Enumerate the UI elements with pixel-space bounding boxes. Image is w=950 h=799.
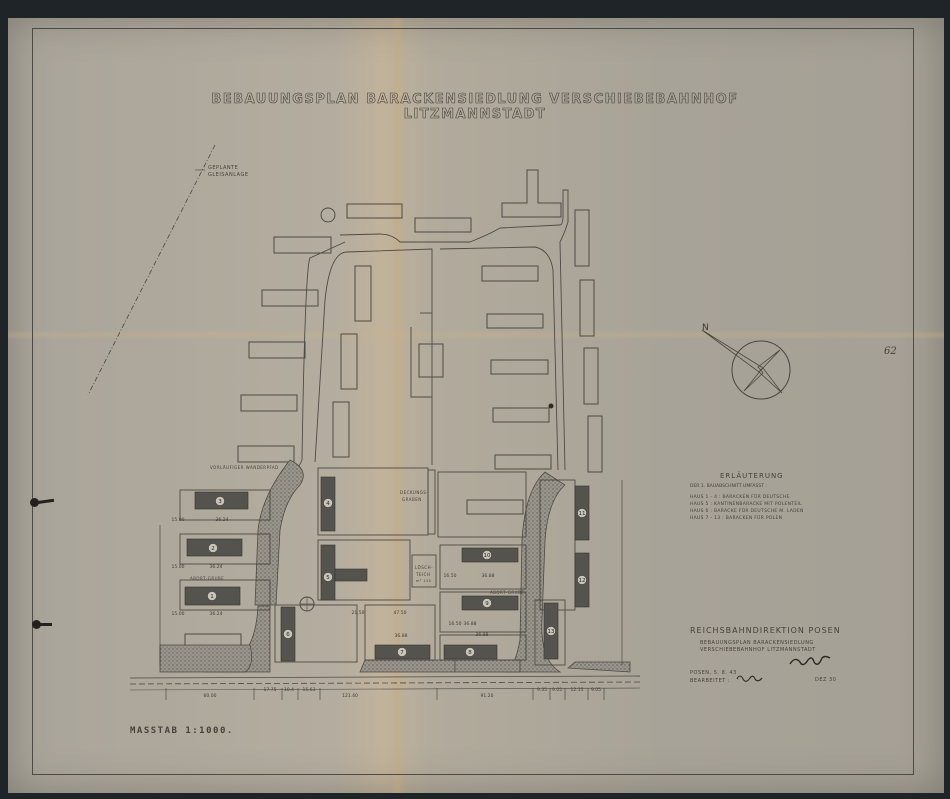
svg-text:10: 10 (484, 553, 491, 559)
title-block-line1: BEBAUUNGSPLAN BARACKENSIEDLUNG (700, 640, 814, 646)
svg-text:60.00: 60.00 (204, 693, 217, 699)
svg-text:9.05: 9.05 (552, 687, 562, 693)
legend-row-key: HAUS 7 - 13 : (690, 516, 724, 521)
svg-text:4: 4 (326, 501, 330, 507)
svg-text:17.75: 17.75 (264, 687, 277, 693)
site-plan-drawing: 3 2 1 4 5 6 7 8 9 10 11 12 13 60.00 17.7… (0, 0, 950, 799)
svg-text:11: 11 (579, 511, 586, 517)
scale-label: MASSTAB 1:1000. (130, 726, 234, 736)
planned-track-line (88, 145, 215, 395)
title-block-drawing-no: DEZ 30 (815, 677, 836, 683)
svg-text:9.35: 9.35 (537, 687, 547, 693)
svg-text:1: 1 (210, 594, 214, 600)
svg-text:7: 7 (400, 650, 404, 656)
legend-title: ERLÄUTERUNG (720, 472, 784, 480)
north-label: N (702, 323, 709, 333)
svg-text:36.24: 36.24 (210, 564, 223, 570)
svg-text:2: 2 (211, 546, 215, 552)
toilet-pit-label-left: ABORT-GRUBE (190, 576, 224, 581)
svg-text:15.00: 15.00 (172, 611, 185, 617)
temporary-path-label: VORLÄUFIGER WANDERPFAD (210, 465, 279, 470)
signature-approval (790, 657, 830, 665)
title-block-office: REICHSBAHNDIREKTION POSEN (690, 626, 841, 635)
svg-text:10.4: 10.4 (284, 687, 294, 693)
title-block-place-date: POSEN, 5. 8. 43 (690, 670, 737, 676)
svg-text:15.00: 15.00 (172, 517, 185, 523)
svg-text:91.20: 91.20 (481, 693, 494, 699)
svg-text:36.88: 36.88 (476, 632, 489, 638)
legend-row-1: HAUS 1 - 4 : BARACKEN FÜR DEUTSCHE (690, 495, 790, 500)
signature-editor (737, 676, 762, 681)
svg-text:15.63: 15.63 (303, 687, 316, 693)
fire-pond-label-1: LÖSCH- (415, 565, 433, 570)
title-block-edited-by: BEARBEITET : (690, 678, 730, 684)
svg-text:9.05: 9.05 (591, 687, 601, 693)
svg-text:36.88: 36.88 (395, 633, 408, 639)
fire-pond-label-2: TEICH (416, 572, 430, 577)
svg-text:12: 12 (579, 578, 586, 584)
svg-text:15.00: 15.00 (172, 564, 185, 570)
cover-trench-label-2: GRABEN (402, 497, 422, 502)
svg-text:121.40: 121.40 (342, 693, 358, 699)
legend-row-value: BARACKEN FÜR POLEN (726, 516, 783, 521)
svg-text:5: 5 (326, 575, 330, 581)
water-tower-symbol (321, 208, 335, 222)
compass-rose (702, 330, 790, 399)
legend-row-value: : KANTINENBARACKE MIT POLENTEIL (710, 502, 801, 507)
svg-text:36.24: 36.24 (210, 611, 223, 617)
legend-row-2: HAUS 5 : KANTINENBARACKE MIT POLENTEIL (690, 502, 802, 507)
ink-dot (549, 404, 554, 409)
svg-text:6: 6 (286, 632, 290, 638)
legend-row-key: HAUS 6 (690, 509, 709, 514)
fire-pond-volume: m³ 150 (416, 579, 432, 583)
cover-trench-label-1: DECKUNGS- (400, 490, 428, 495)
svg-text:12.15: 12.15 (571, 687, 584, 693)
planned-track-label-1: GEPLANTE (208, 165, 238, 171)
legend-subtitle: DER 1. BAUABSCHNITT UMFASST : (690, 484, 767, 489)
svg-text:16.50: 16.50 (444, 573, 457, 579)
svg-text:8: 8 (468, 650, 472, 656)
legend-row-4: HAUS 7 - 13 : BARACKEN FÜR POLEN (690, 516, 782, 521)
legend-row-value: : BARACKE FÜR DEUTSCHE M. LADEN (710, 509, 803, 514)
legend-row-value: BARACKEN FÜR DEUTSCHE (723, 495, 790, 500)
legend-row-key: HAUS 1 - 4 : (690, 495, 721, 500)
svg-text:13: 13 (548, 629, 555, 635)
legend-row-3: HAUS 6 : BARACKE FÜR DEUTSCHE M. LADEN (690, 509, 804, 514)
svg-text:36.88: 36.88 (464, 621, 477, 627)
archive-page-number: 62 (884, 346, 897, 357)
svg-text:21.50: 21.50 (352, 610, 365, 616)
planned-track-label-2: GLEISANLAGE (208, 172, 249, 178)
svg-text:36.88: 36.88 (482, 573, 495, 579)
svg-text:36.24: 36.24 (216, 517, 229, 523)
svg-text:47.50: 47.50 (394, 610, 407, 616)
road-network (290, 190, 568, 475)
building-5b (335, 569, 367, 581)
rail-lines (130, 676, 640, 690)
toilet-pit-label-right: ABORT-GRUBE (490, 590, 524, 595)
title-block-line2: VERSCHIEBEBAHNHOF LITZMANNSTADT (700, 647, 816, 653)
svg-text:3: 3 (218, 499, 222, 505)
svg-text:9: 9 (485, 601, 489, 607)
svg-text:16.50: 16.50 (449, 621, 462, 627)
legend-row-key: HAUS 5 (690, 502, 709, 507)
